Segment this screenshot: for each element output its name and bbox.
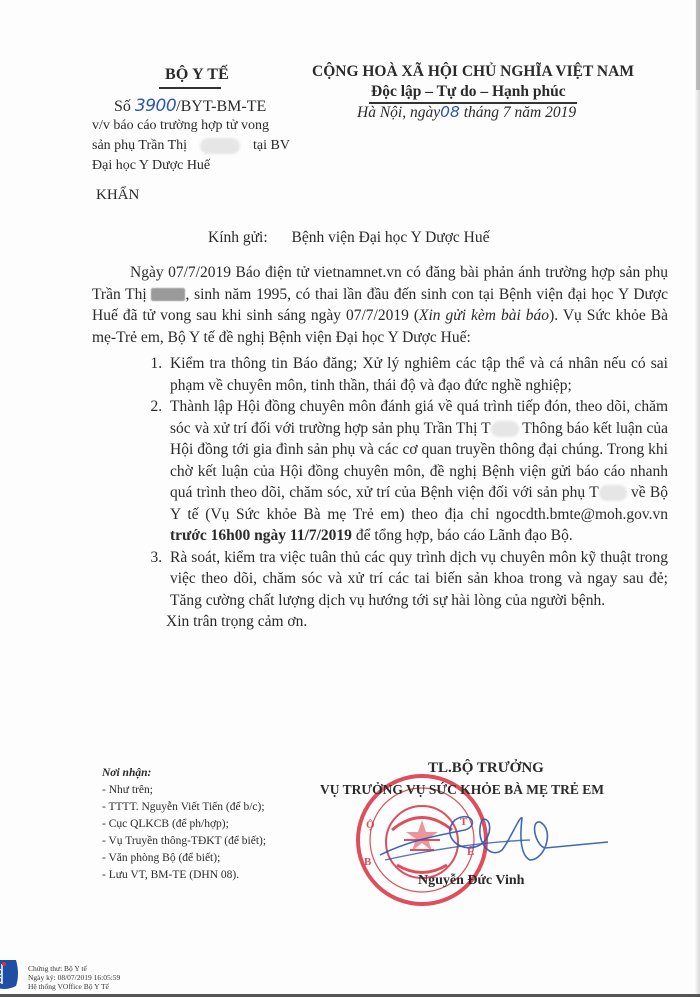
national-motto: Độc lập – Tự do – Hạnh phúc bbox=[371, 83, 566, 101]
recipient-item: - Như trên; bbox=[102, 782, 266, 799]
letter-body: Ngày 07/7/2019 Báo điện tử vietnamnet.vn… bbox=[92, 262, 668, 633]
closing-line: Xin trân trọng cảm ơn. bbox=[166, 611, 668, 633]
recipient-item: - Văn phòng Bộ (để biết); bbox=[102, 850, 266, 867]
intro-paragraph: Ngày 07/7/2019 Báo điện tử vietnamnet.vn… bbox=[92, 262, 668, 348]
request-item-2: Thành lập Hội đồng chuyên môn đánh giá v… bbox=[166, 396, 668, 547]
document-subject: v/v báo cáo trường hợp tử vong sản phụ T… bbox=[92, 116, 290, 176]
request-item-3-text: Rà soát, kiểm tra việc tuân thủ các quy … bbox=[170, 549, 668, 609]
ministry-underline bbox=[159, 87, 221, 89]
request-item-1: Kiểm tra thông tin Báo đăng; Xử lý nghiê… bbox=[166, 353, 668, 396]
subject-line-1: v/v báo cáo trường hợp tử vong bbox=[92, 116, 290, 136]
page-edge bbox=[695, 0, 700, 997]
signature-title-1: TL.BỘ TRƯỞNG bbox=[428, 760, 544, 777]
subject-line-3: Đại học Y Dược Huế bbox=[92, 156, 290, 176]
request-deadline: trước 16h00 ngày 11/7/2019 bbox=[170, 527, 352, 544]
request-list: Kiểm tra thông tin Báo đăng; Xử lý nghiê… bbox=[92, 353, 668, 611]
request-item-1-text: Kiểm tra thông tin Báo đăng; Xử lý nghiê… bbox=[170, 355, 668, 394]
doc-number-prefix: Số bbox=[114, 98, 135, 115]
place-date-suffix: tháng 7 năm 2019 bbox=[460, 104, 576, 121]
cert-line-2: Ngày ký: 08/07/2019 16:05:59 bbox=[28, 973, 120, 982]
addressee-name: Bệnh viện Đại học Y Dược Huế bbox=[292, 229, 490, 246]
recipient-item: - Cục QLKCB (để ph/hợp); bbox=[102, 816, 266, 833]
redacted-name bbox=[200, 138, 240, 154]
handwritten-signature-icon bbox=[370, 800, 610, 875]
redacted-name bbox=[599, 485, 627, 501]
addressee: Kính gửi: Bệnh viện Đại học Y Dược Huế bbox=[208, 229, 489, 247]
redacted-name bbox=[491, 421, 519, 437]
recipient-item: - TTTT. Nguyễn Viết Tiến (để b/c); bbox=[102, 799, 266, 816]
handwritten-day: 08 bbox=[440, 103, 460, 121]
signature-title-2: VỤ TRƯỞNG VỤ SỨC KHỎE BÀ MẸ TRẺ EM bbox=[320, 782, 604, 798]
place-date-prefix: Hà Nội, ngày bbox=[357, 104, 440, 121]
subject-line-2a: sản phụ Trần Thị bbox=[92, 136, 187, 156]
recipient-item: - Vụ Truyền thông-TĐKT (để biết); bbox=[102, 833, 266, 850]
request-item-2-text-d: để tổng hợp, báo cáo Lãnh đạo Bộ. bbox=[352, 527, 573, 544]
ministry-logo-icon bbox=[0, 958, 22, 990]
ministry-name: BỘ Y TẾ bbox=[165, 66, 229, 84]
doc-number-handwritten: 3900 bbox=[135, 96, 176, 116]
recipients-title: Nơi nhận: bbox=[102, 765, 266, 782]
recipients-block: Nơi nhận: - Như trên; - TTTT. Nguyễn Viế… bbox=[102, 765, 266, 884]
document-number: Số 3900/BYT-BM-TE bbox=[114, 96, 266, 116]
recipient-item: - Lưu VT, BM-TE (DHN 08). bbox=[102, 867, 266, 884]
intro-attachment-note: Xin gửi kèm bài báo bbox=[419, 307, 549, 324]
cert-line-1: Chứng thư: Bộ Y tế bbox=[28, 964, 120, 973]
national-title: CỘNG HOÀ XÃ HỘI CHỦ NGHĨA VIỆT NAM bbox=[312, 63, 634, 81]
subject-line-2b: tại BV bbox=[253, 136, 290, 156]
document-page: BỘ Y TẾ Số 3900/BYT-BM-TE v/v báo cáo tr… bbox=[0, 0, 700, 997]
cert-line-3: Hệ thống VOffice Bộ Y Tế bbox=[28, 982, 120, 991]
signer-name: Nguyễn Đức Vinh bbox=[418, 873, 524, 889]
subject-line-2: sản phụ Trần Thị tại BV bbox=[92, 136, 290, 156]
place-and-date: Hà Nội, ngày08 tháng 7 năm 2019 bbox=[357, 103, 576, 122]
urgency-label: KHẨN bbox=[96, 187, 139, 204]
doc-number-suffix: /BYT-BM-TE bbox=[176, 98, 266, 115]
digital-certification: Chứng thư: Bộ Y tế Ngày ký: 08/07/2019 1… bbox=[28, 964, 120, 991]
redacted-name bbox=[151, 288, 185, 301]
addressee-label: Kính gửi: bbox=[208, 229, 268, 246]
request-item-3: Rà soát, kiểm tra việc tuân thủ các quy … bbox=[166, 547, 668, 612]
